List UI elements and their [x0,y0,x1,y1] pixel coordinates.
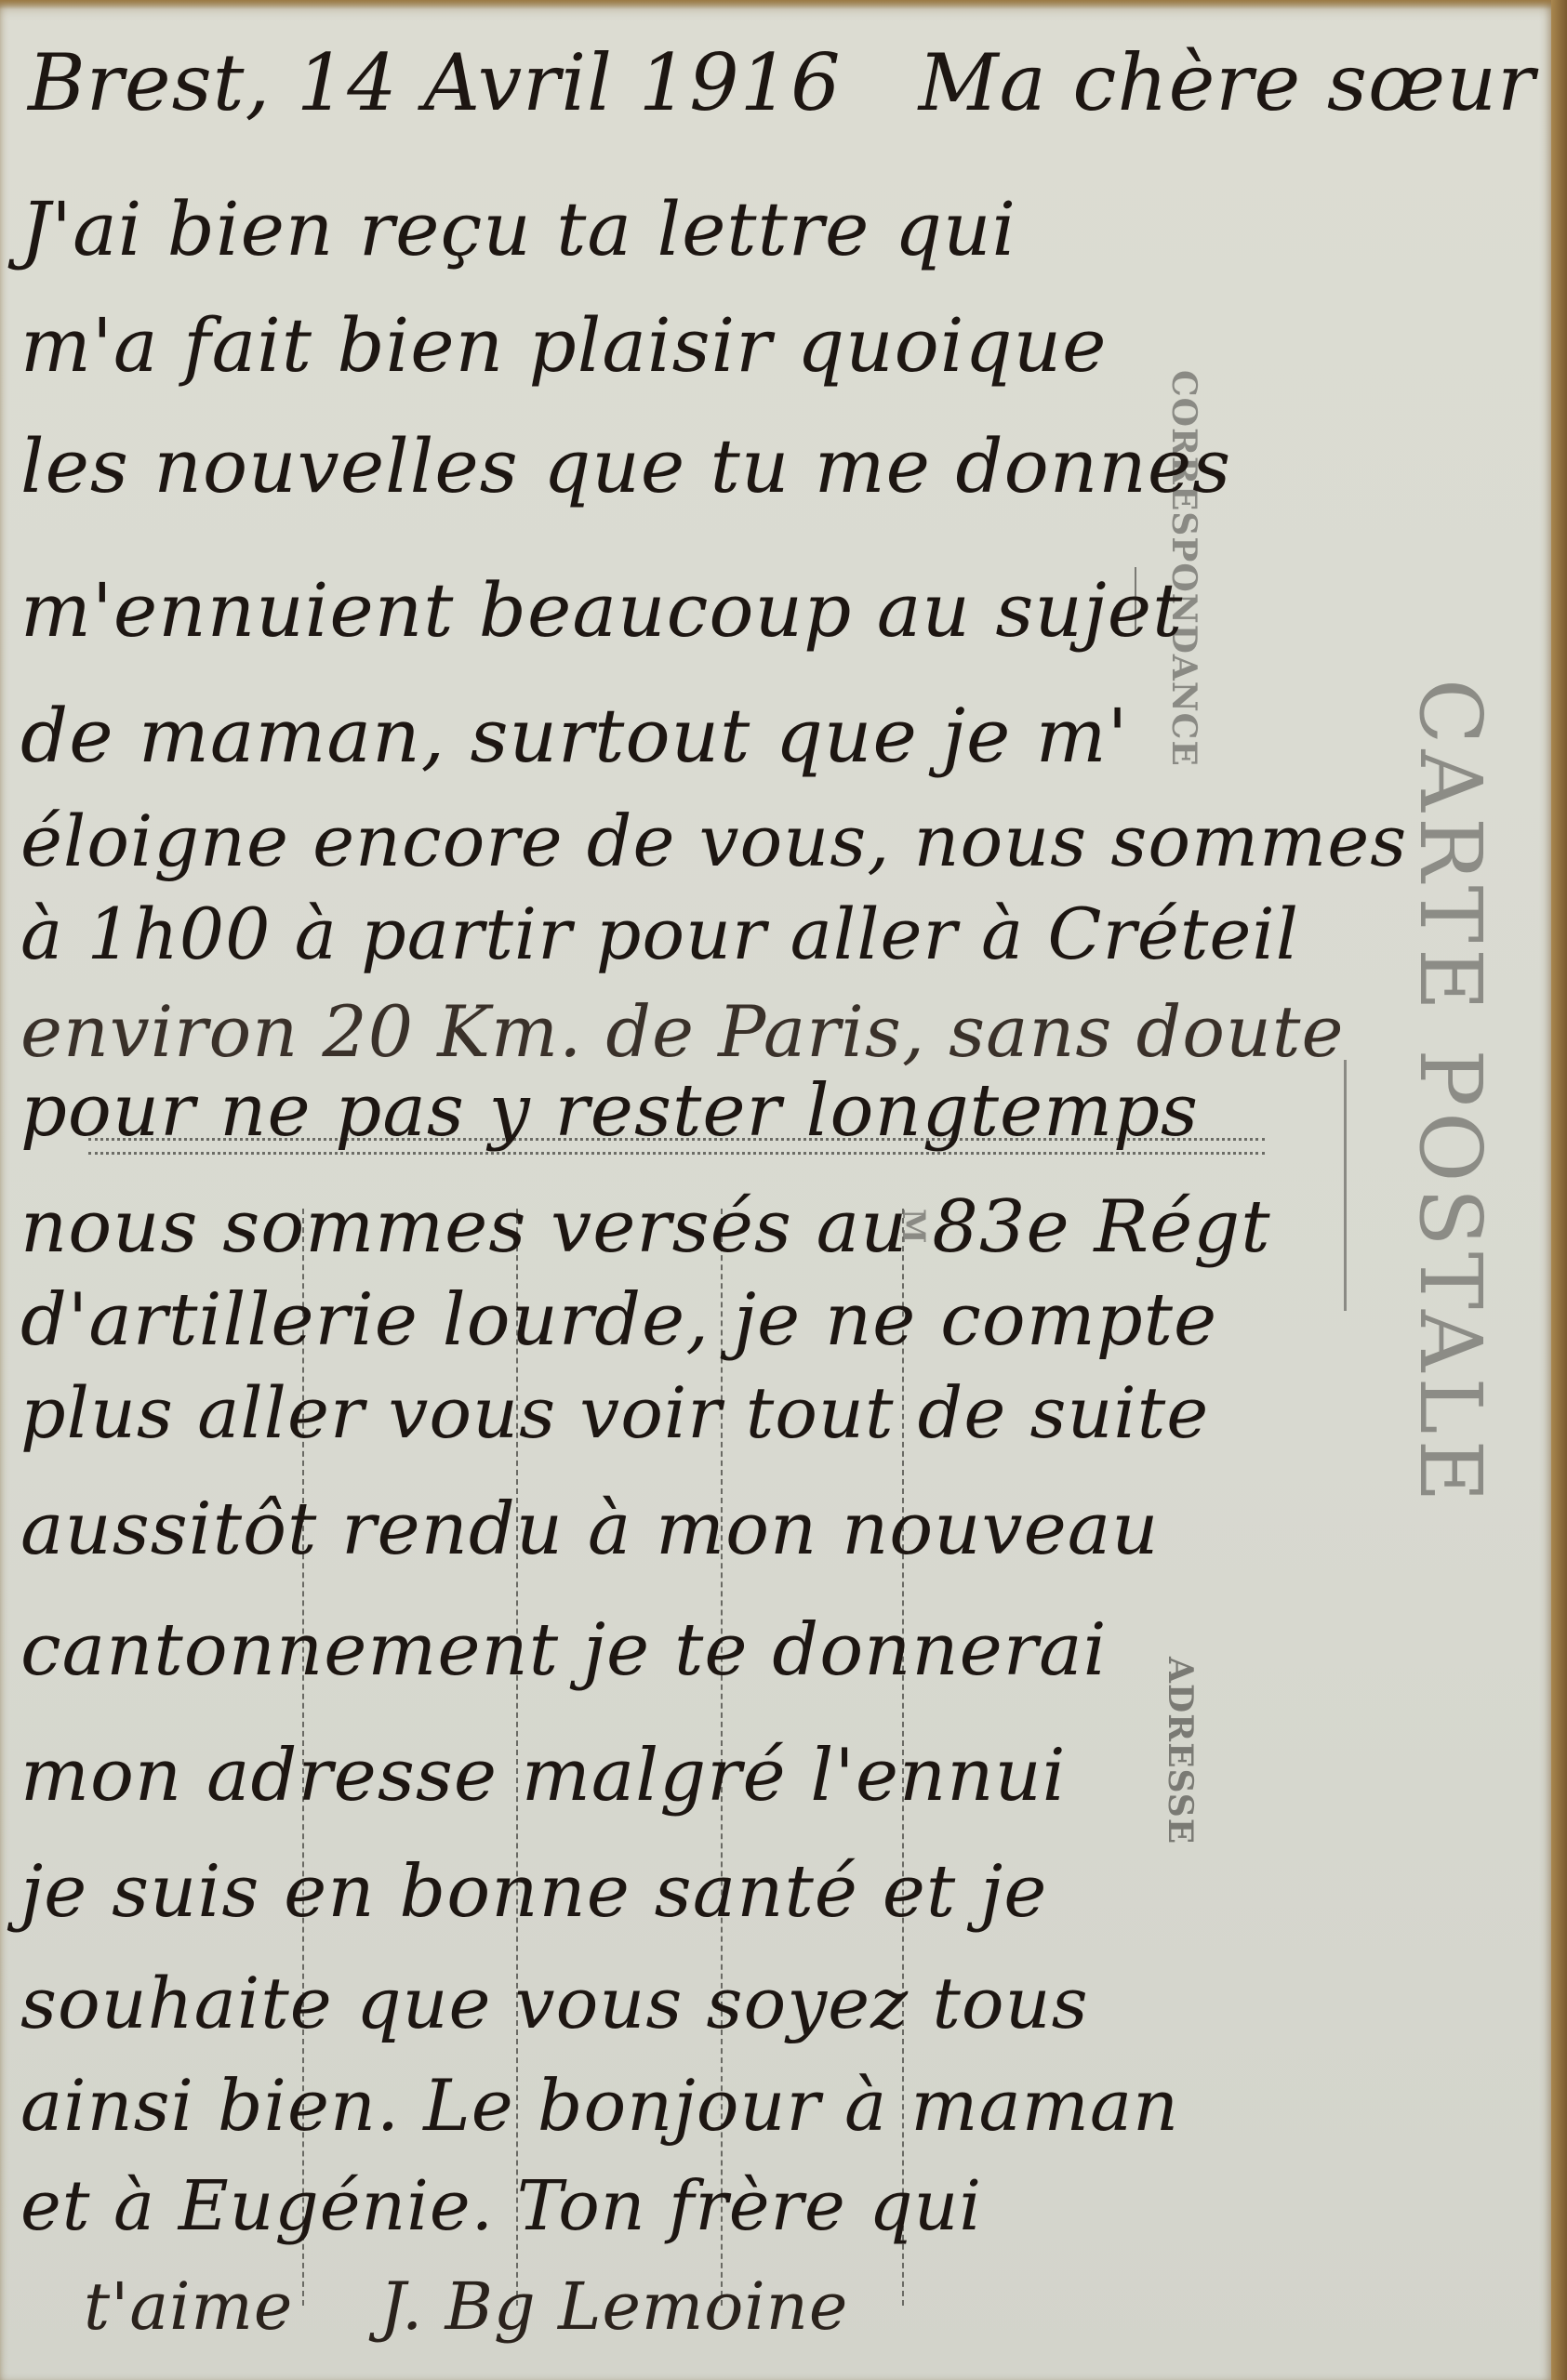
salutation: Ma chère sœur [919,37,1536,128]
handwritten-line: pour ne pas y rester longtemps [20,1069,1199,1153]
postcard-back: CARTE POSTALE CORRESPONDANCE ADRESSE M B… [0,0,1551,2380]
handwritten-line: à 1h00 à partir pour aller à Créteil [20,892,1299,975]
handwritten-line: nous sommes versés au 83e Régt [20,1185,1271,1269]
handwritten-line: souhaite que vous soyez tous [20,1962,1089,2044]
handwritten-line: éloigne encore de vous, nous sommes [20,800,1407,882]
handwritten-line: environ 20 Km. de Paris, sans doute [20,990,1344,1073]
printed-label-adresse: ADRESSE [1161,1657,1200,1844]
handwritten-line: les nouvelles que tu me donnes [20,423,1231,509]
closing-and-signature: t'aime J. Bg Lemoine [84,2268,848,2345]
handwritten-line: ainsi bien. Le bonjour à maman [20,2064,1179,2147]
handwritten-line: cantonnement je te donnerai [20,1608,1108,1692]
handwritten-line: J'ai bien reçu ta lettre qui [20,186,1016,272]
card-right-edge [1551,0,1567,2380]
handwritten-line: aussitôt rendu à mon nouveau [20,1487,1159,1571]
place-date: Brest, 14 Avril 1916 [28,37,842,128]
handwritten-line: je suis en bonne santé et je [20,1850,1047,1934]
handwritten-line: et à Eugénie. Ton frère qui [20,2166,982,2246]
printed-stamp-box-edge [1344,1060,1347,1311]
printed-title-carte-postale: CARTE POSTALE [1401,679,1500,1508]
handwritten-line: plus aller vous voir tout de suite [20,1371,1209,1454]
handwritten-line: m'a fait bien plaisir quoique [20,302,1108,389]
handwritten-line: m'ennuient beaucoup au sujet [20,567,1183,654]
handwritten-header: Brest, 14 Avril 1916 Ma chère sœur [28,37,1535,128]
signature: J. Bg Lemoine [379,2268,848,2345]
handwritten-line: de maman, surtout que je m' [20,693,1129,779]
handwritten-line: d'artillerie lourde, je ne compte [20,1278,1217,1362]
card-top-edge [0,0,1567,9]
handwritten-line: mon adresse malgré l'ennui [20,1734,1067,1818]
closing-text: t'aime [84,2268,293,2345]
